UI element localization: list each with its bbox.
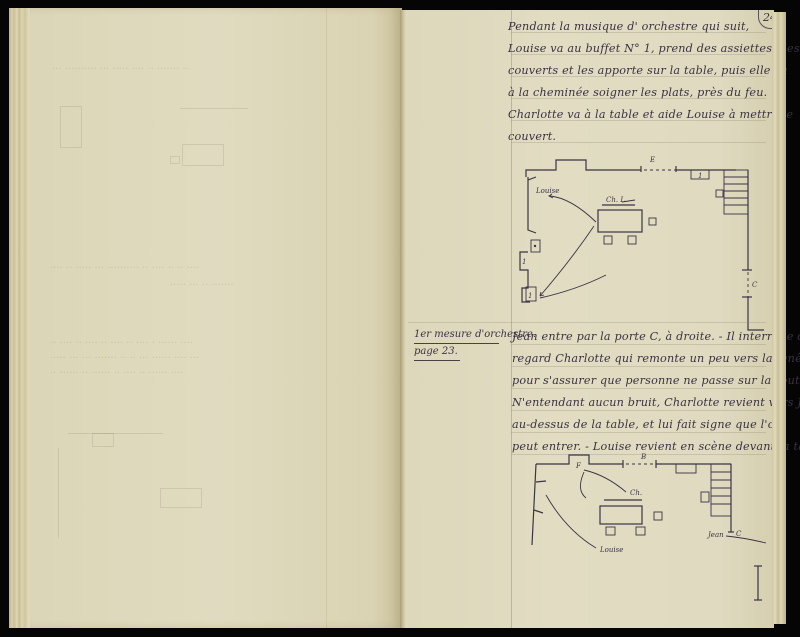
margin-note-page: page 23.	[414, 346, 458, 357]
bleed-through-sketch	[60, 106, 82, 148]
ruled-line	[511, 366, 766, 367]
ruled-line	[511, 432, 766, 433]
svg-text:E: E	[649, 156, 655, 164]
bleed-through-text: ····· ··· ··· ······· ·· ·· ··· ······ ·…	[50, 353, 199, 364]
bleed-through-sketch	[160, 488, 202, 508]
bleed-through-text: ···· ·· ····· ··· ·········· ·· ···· ·· …	[50, 263, 199, 274]
left-page: ··· ·········· ··· ····· ···· ·· ·······…	[30, 8, 402, 628]
text-line: Louise va au buffet N° 1, prend des assi…	[508, 42, 800, 56]
bleed-through-line	[68, 433, 163, 434]
text-line: regard Charlotte qui remonte un peu vers…	[512, 352, 800, 366]
bleed-through-line	[58, 448, 59, 538]
svg-text:F: F	[575, 462, 582, 470]
margin-note-underline	[414, 343, 499, 344]
svg-text:Louise: Louise	[599, 546, 623, 554]
text-line: Jean entre par la porte C, à droite. - I…	[512, 330, 800, 344]
ruled-line	[511, 388, 766, 389]
left-margin-line	[326, 8, 327, 628]
text-line: à la cheminée soigner les plats, près du…	[508, 86, 767, 100]
text-line: Pendant la musique d' orchestre qui suit…	[508, 20, 749, 34]
svg-text:C: C	[736, 530, 742, 538]
bleed-through-sketch	[182, 144, 224, 166]
svg-text:Jean: Jean	[706, 531, 724, 539]
ruled-line	[408, 322, 766, 323]
svg-text:1: 1	[522, 258, 526, 266]
ruled-line	[511, 410, 766, 411]
svg-text:Ch.: Ch.	[630, 489, 642, 497]
text-line: Charlotte va à la table et aide Louise à…	[508, 108, 793, 122]
svg-text:C: C	[752, 281, 758, 289]
bleed-through-text: ·· ···· ·· ···· ·· ···· ·· ···· · ······…	[50, 338, 193, 349]
svg-text:1: 1	[698, 172, 702, 180]
right-page: 24 Pendant la musique d' orchestre qui s…	[408, 10, 774, 628]
bleed-through-line	[180, 108, 248, 109]
bleed-through-text: ····· ··· ·· ·······	[170, 280, 234, 291]
book-spread: ··· ·········· ··· ····· ···· ·· ·······…	[0, 0, 800, 637]
margin-line	[511, 10, 512, 628]
text-line: N'entendant aucun bruit, Charlotte revie…	[512, 396, 800, 410]
margin-note-underline	[414, 360, 460, 361]
bleed-through-text: ·· ······ ·· ······ ·· ···· ·· ······ ··…	[50, 368, 184, 379]
svg-text:B: B	[640, 453, 646, 461]
text-line: couverts et les apporte sur la table, pu…	[508, 64, 788, 78]
text-line: au-dessus de la table, et lui fait signe…	[512, 418, 782, 432]
text-line: pour s'assurer que personne ne passe sur…	[512, 374, 800, 388]
bleed-through-text: ··· ·········· ··· ····· ···· ·· ·······…	[52, 64, 189, 75]
svg-text:1: 1	[528, 292, 532, 300]
ruled-line	[511, 344, 766, 345]
svg-text:Ch. L: Ch. L	[606, 196, 625, 204]
bleed-through-sketch	[170, 156, 180, 164]
right-page-edges	[772, 12, 786, 624]
bleed-through-sketch	[92, 433, 114, 447]
floor-plan-diagram-1: E 1 C 1	[516, 150, 776, 310]
svg-text:Louise: Louise	[535, 187, 559, 195]
text-line: couvert.	[508, 130, 556, 144]
floor-plan-diagram-2: F B C	[526, 450, 786, 620]
